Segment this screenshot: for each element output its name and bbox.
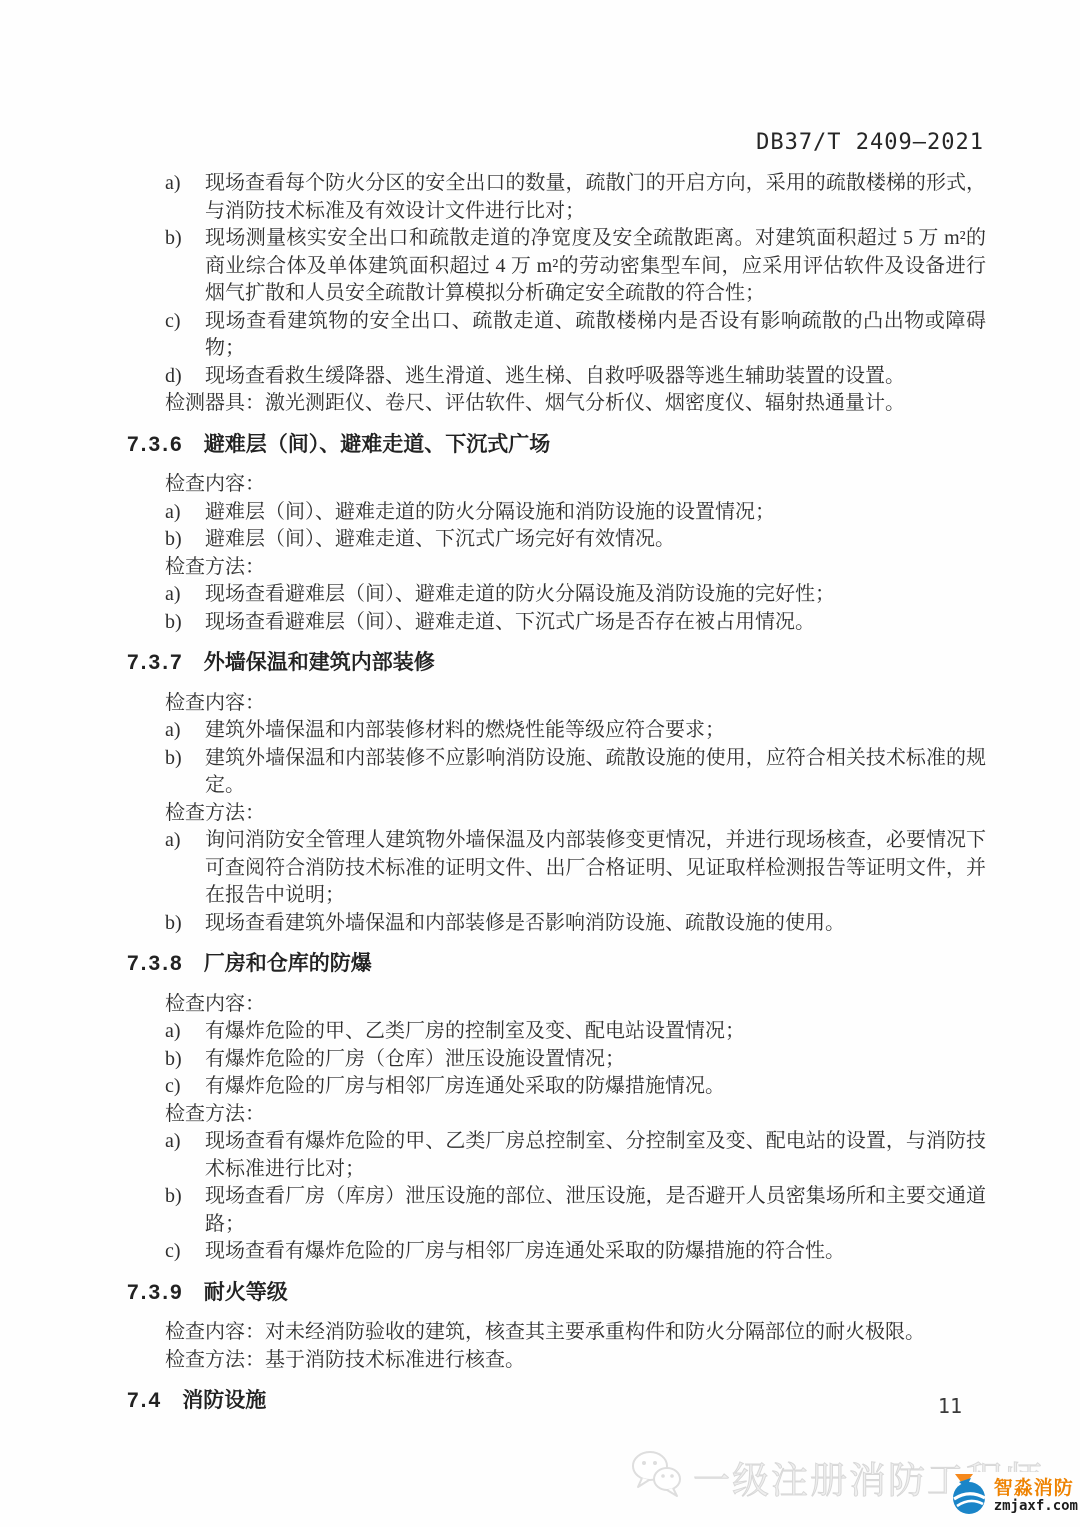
label-check-method: 检查方法： (165, 800, 986, 828)
label-check-method: 检查方法： (165, 1101, 986, 1129)
section-title: 厂房和仓库的防爆 (204, 950, 372, 978)
list-item: b) 现场查看避难层（间）、避难走道、下沉式广场是否存在被占用情况。 (165, 609, 986, 637)
list-text: 现场查看有爆炸危险的厂房与相邻厂房连通处采取的防爆措施的符合性。 (205, 1238, 986, 1266)
section-heading-7-3-7: 7.3.7 外墙保温和建筑内部装修 (127, 649, 986, 677)
list-text: 现场查看避难层（间）、避难走道的防火分隔设施及消防设施的完好性； (205, 581, 986, 609)
list-marker: b) (165, 609, 205, 637)
section-number: 7.3.9 (127, 1279, 184, 1307)
label-check-content: 检查内容： (165, 991, 986, 1019)
section-title: 避难层（间）、避难走道、下沉式广场 (204, 431, 551, 459)
doc-code: DB37/T 2409—2021 (756, 130, 984, 155)
list-text: 现场查看避难层（间）、避难走道、下沉式广场是否存在被占用情况。 (205, 609, 986, 637)
label-check-method: 检查方法： (165, 554, 986, 582)
section-heading-7-3-8: 7.3.8 厂房和仓库的防爆 (127, 950, 986, 978)
list-text: 现场查看每个防火分区的安全出口的数量，疏散门的开启方向，采用的疏散楼梯的形式，与… (205, 170, 986, 225)
section-title: 外墙保温和建筑内部装修 (204, 649, 435, 677)
list-text: 现场测量核实安全出口和疏散走道的净宽度及安全疏散距离。对建筑面积超过 5 万 m… (205, 225, 986, 308)
list-marker: a) (165, 717, 205, 745)
list-marker: b) (165, 1183, 205, 1238)
list-item: b) 有爆炸危险的厂房（仓库）泄压设施设置情况； (165, 1046, 986, 1074)
list-text: 建筑外墙保温和内部装修材料的燃烧性能等级应符合要求； (205, 717, 986, 745)
list-marker: c) (165, 1073, 205, 1101)
section-title: 耐火等级 (204, 1279, 288, 1307)
brand-logo-icon (949, 1472, 991, 1521)
list-marker: a) (165, 1018, 205, 1046)
list-marker: a) (165, 499, 205, 527)
list-marker: a) (165, 827, 205, 910)
section-heading-7-3-9: 7.3.9 耐火等级 (127, 1279, 986, 1307)
list-item: c) 现场查看建筑物的安全出口、疏散走道、疏散楼梯内是否设有影响疏散的凸出物或障… (165, 308, 986, 363)
list-item: b) 建筑外墙保温和内部装修不应影响消防设施、疏散设施的使用，应符合相关技术标准… (165, 745, 986, 800)
list-text: 现场查看救生缓降器、逃生滑道、逃生梯、自救呼吸器等逃生辅助装置的设置。 (205, 363, 986, 391)
label-check-content: 检查内容： (165, 690, 986, 718)
brand-name: 智淼消防 (994, 1479, 1078, 1499)
check-content-line: 检查内容：对未经消防验收的建筑，核查其主要承重构件和防火分隔部位的耐火极限。 (165, 1319, 986, 1347)
instruments-line: 检测器具：激光测距仪、卷尺、评估软件、烟气分析仪、烟密度仪、辐射热通量计。 (165, 390, 986, 418)
section-number: 7.4 (127, 1387, 162, 1415)
list-item: d) 现场查看救生缓降器、逃生滑道、逃生梯、自救呼吸器等逃生辅助装置的设置。 (165, 363, 986, 391)
brand-url: zmjaxf.com (994, 1499, 1078, 1514)
list-item: a) 有爆炸危险的甲、乙类厂房的控制室及变、配电站设置情况； (165, 1018, 986, 1046)
list-marker: a) (165, 581, 205, 609)
section-number: 7.3.8 (127, 950, 184, 978)
list-item: b) 避难层（间）、避难走道、下沉式广场完好有效情况。 (165, 526, 986, 554)
wechat-icon (629, 1448, 685, 1505)
section-heading-7-3-6: 7.3.6 避难层（间）、避难走道、下沉式广场 (127, 431, 986, 459)
section-number: 7.3.7 (127, 649, 184, 677)
check-method-line: 检查方法：基于消防技术标准进行核查。 (165, 1347, 986, 1375)
list-text: 现场查看厂房（库房）泄压设施的部位、泄压设施，是否避开人员密集场所和主要交通道路… (205, 1183, 986, 1238)
page-number: 11 (938, 1394, 962, 1418)
list-marker: b) (165, 1046, 205, 1074)
document-page: DB37/T 2409—2021 a) 现场查看每个防火分区的安全出口的数量，疏… (0, 0, 1080, 1527)
section-heading-7-4: 7.4 消防设施 (127, 1387, 986, 1415)
list-marker: d) (165, 363, 205, 391)
list-text: 有爆炸危险的厂房（仓库）泄压设施设置情况； (205, 1046, 986, 1074)
list-marker: c) (165, 1238, 205, 1266)
list-marker: b) (165, 910, 205, 938)
list-item: b) 现场测量核实安全出口和疏散走道的净宽度及安全疏散距离。对建筑面积超过 5 … (165, 225, 986, 308)
list-marker: a) (165, 1128, 205, 1183)
list-text: 有爆炸危险的厂房与相邻厂房连通处采取的防爆措施情况。 (205, 1073, 986, 1101)
list-item: c) 有爆炸危险的厂房与相邻厂房连通处采取的防爆措施情况。 (165, 1073, 986, 1101)
list-item: a) 现场查看每个防火分区的安全出口的数量，疏散门的开启方向，采用的疏散楼梯的形… (165, 170, 986, 225)
list-item: a) 现场查看有爆炸危险的甲、乙类厂房总控制室、分控制室及变、配电站的设置，与消… (165, 1128, 986, 1183)
list-marker: a) (165, 170, 205, 225)
list-text: 建筑外墙保温和内部装修不应影响消防设施、疏散设施的使用，应符合相关技术标准的规定… (205, 745, 986, 800)
list-item: a) 避难层（间）、避难走道的防火分隔设施和消防设施的设置情况； (165, 499, 986, 527)
section-title: 消防设施 (182, 1387, 266, 1415)
list-marker: c) (165, 308, 205, 363)
list-item: b) 现场查看建筑外墙保温和内部装修是否影响消防设施、疏散设施的使用。 (165, 910, 986, 938)
list-marker: b) (165, 745, 205, 800)
list-text: 现场查看有爆炸危险的甲、乙类厂房总控制室、分控制室及变、配电站的设置，与消防技术… (205, 1128, 986, 1183)
list-marker: b) (165, 225, 205, 308)
list-text: 现场查看建筑外墙保温和内部装修是否影响消防设施、疏散设施的使用。 (205, 910, 986, 938)
list-text: 有爆炸危险的甲、乙类厂房的控制室及变、配电站设置情况； (205, 1018, 986, 1046)
list-text: 避难层（间）、避难走道的防火分隔设施和消防设施的设置情况； (205, 499, 986, 527)
label-check-content: 检查内容： (165, 471, 986, 499)
list-item: a) 现场查看避难层（间）、避难走道的防火分隔设施及消防设施的完好性； (165, 581, 986, 609)
list-text: 避难层（间）、避难走道、下沉式广场完好有效情况。 (205, 526, 986, 554)
list-marker: b) (165, 526, 205, 554)
page-content: a) 现场查看每个防火分区的安全出口的数量，疏散门的开启方向，采用的疏散楼梯的形… (127, 170, 986, 1428)
brand-logo: 智淼消防 zmjaxf.com (947, 1472, 1078, 1521)
list-item: b) 现场查看厂房（库房）泄压设施的部位、泄压设施，是否避开人员密集场所和主要交… (165, 1183, 986, 1238)
list-text: 现场查看建筑物的安全出口、疏散走道、疏散楼梯内是否设有影响疏散的凸出物或障碍物； (205, 308, 986, 363)
list-item: a) 建筑外墙保温和内部装修材料的燃烧性能等级应符合要求； (165, 717, 986, 745)
list-item: a) 询问消防安全管理人建筑物外墙保温及内部装修变更情况，并进行现场核查，必要情… (165, 827, 986, 910)
list-item: c) 现场查看有爆炸危险的厂房与相邻厂房连通处采取的防爆措施的符合性。 (165, 1238, 986, 1266)
list-text: 询问消防安全管理人建筑物外墙保温及内部装修变更情况，并进行现场核查，必要情况下可… (205, 827, 986, 910)
section-number: 7.3.6 (127, 431, 184, 459)
